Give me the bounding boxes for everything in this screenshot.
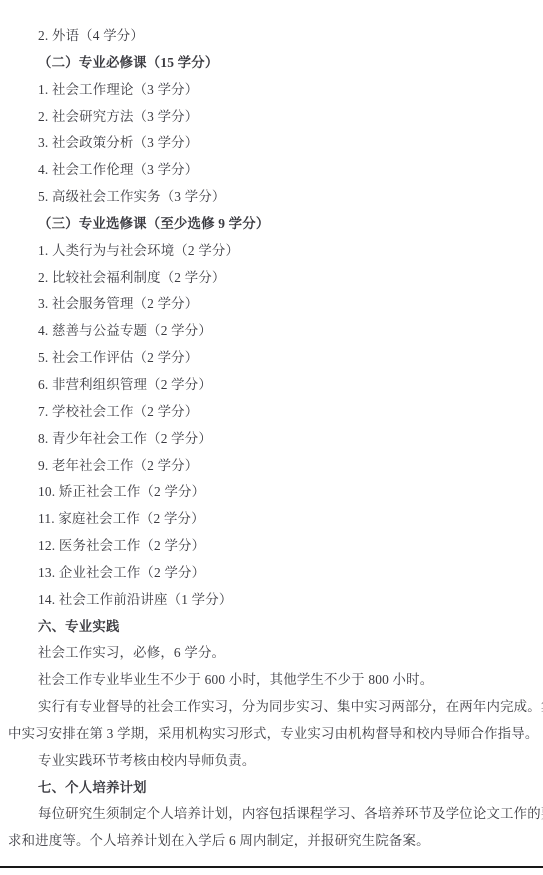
document-line: 3. 社会政策分析（3 学分） (38, 130, 538, 157)
document-heading-line: （二）专业必修课（15 学分） (38, 50, 538, 77)
document-line: 中实习安排在第 3 学期，采用机构实习形式，专业实习由机构督导和校内导师合作指导… (8, 721, 538, 748)
document-line: 实行有专业督导的社会工作实习，分为同步实习、集中实习两部分，在两年内完成。集 (38, 694, 538, 721)
document-heading-line: （三）专业选修课（至少选修 9 学分） (38, 211, 538, 238)
document-line: 5. 社会工作评估（2 学分） (38, 345, 538, 372)
document-line: 每位研究生须制定个人培养计划，内容包括课程学习、各培养环节及学位论文工作的要 (38, 801, 538, 828)
document-line: 8. 青少年社会工作（2 学分） (38, 426, 538, 453)
footer-divider (0, 866, 543, 868)
document-line: 1. 人类行为与社会环境（2 学分） (38, 238, 538, 265)
document-line: 1. 社会工作理论（3 学分） (38, 77, 538, 104)
document-line: 14. 社会工作前沿讲座（1 学分） (38, 587, 538, 614)
document-line: 3. 社会服务管理（2 学分） (38, 291, 538, 318)
document-line: 4. 社会工作伦理（3 学分） (38, 157, 538, 184)
document-line: 2. 社会研究方法（3 学分） (38, 104, 538, 131)
document-line: 13. 企业社会工作（2 学分） (38, 560, 538, 587)
document-line: 12. 医务社会工作（2 学分） (38, 533, 538, 560)
document-body: 2. 外语（4 学分）（二）专业必修课（15 学分）1. 社会工作理论（3 学分… (8, 23, 538, 855)
document-heading-line: 七、个人培养计划 (38, 775, 538, 802)
document-line: 求和进度等。个人培养计划在入学后 6 周内制定，并报研究生院备案。 (8, 828, 538, 855)
document-line: 11. 家庭社会工作（2 学分） (38, 506, 538, 533)
document-line: 7. 学校社会工作（2 学分） (38, 399, 538, 426)
document-line: 2. 外语（4 学分） (38, 23, 538, 50)
document-line: 10. 矫正社会工作（2 学分） (38, 479, 538, 506)
document-line: 社会工作专业毕业生不少于 600 小时，其他学生不少于 800 小时。 (38, 667, 538, 694)
document-line: 专业实践环节考核由校内导师负责。 (38, 748, 538, 775)
document-line: 5. 高级社会工作实务（3 学分） (38, 184, 538, 211)
document-line: 4. 慈善与公益专题（2 学分） (38, 318, 538, 345)
document-page: 2. 外语（4 学分）（二）专业必修课（15 学分）1. 社会工作理论（3 学分… (0, 0, 543, 875)
document-line: 6. 非营利组织管理（2 学分） (38, 372, 538, 399)
document-line: 9. 老年社会工作（2 学分） (38, 453, 538, 480)
document-heading-line: 六、专业实践 (38, 614, 538, 641)
document-line: 2. 比较社会福利制度（2 学分） (38, 265, 538, 292)
document-line: 社会工作实习，必修，6 学分。 (38, 640, 538, 667)
